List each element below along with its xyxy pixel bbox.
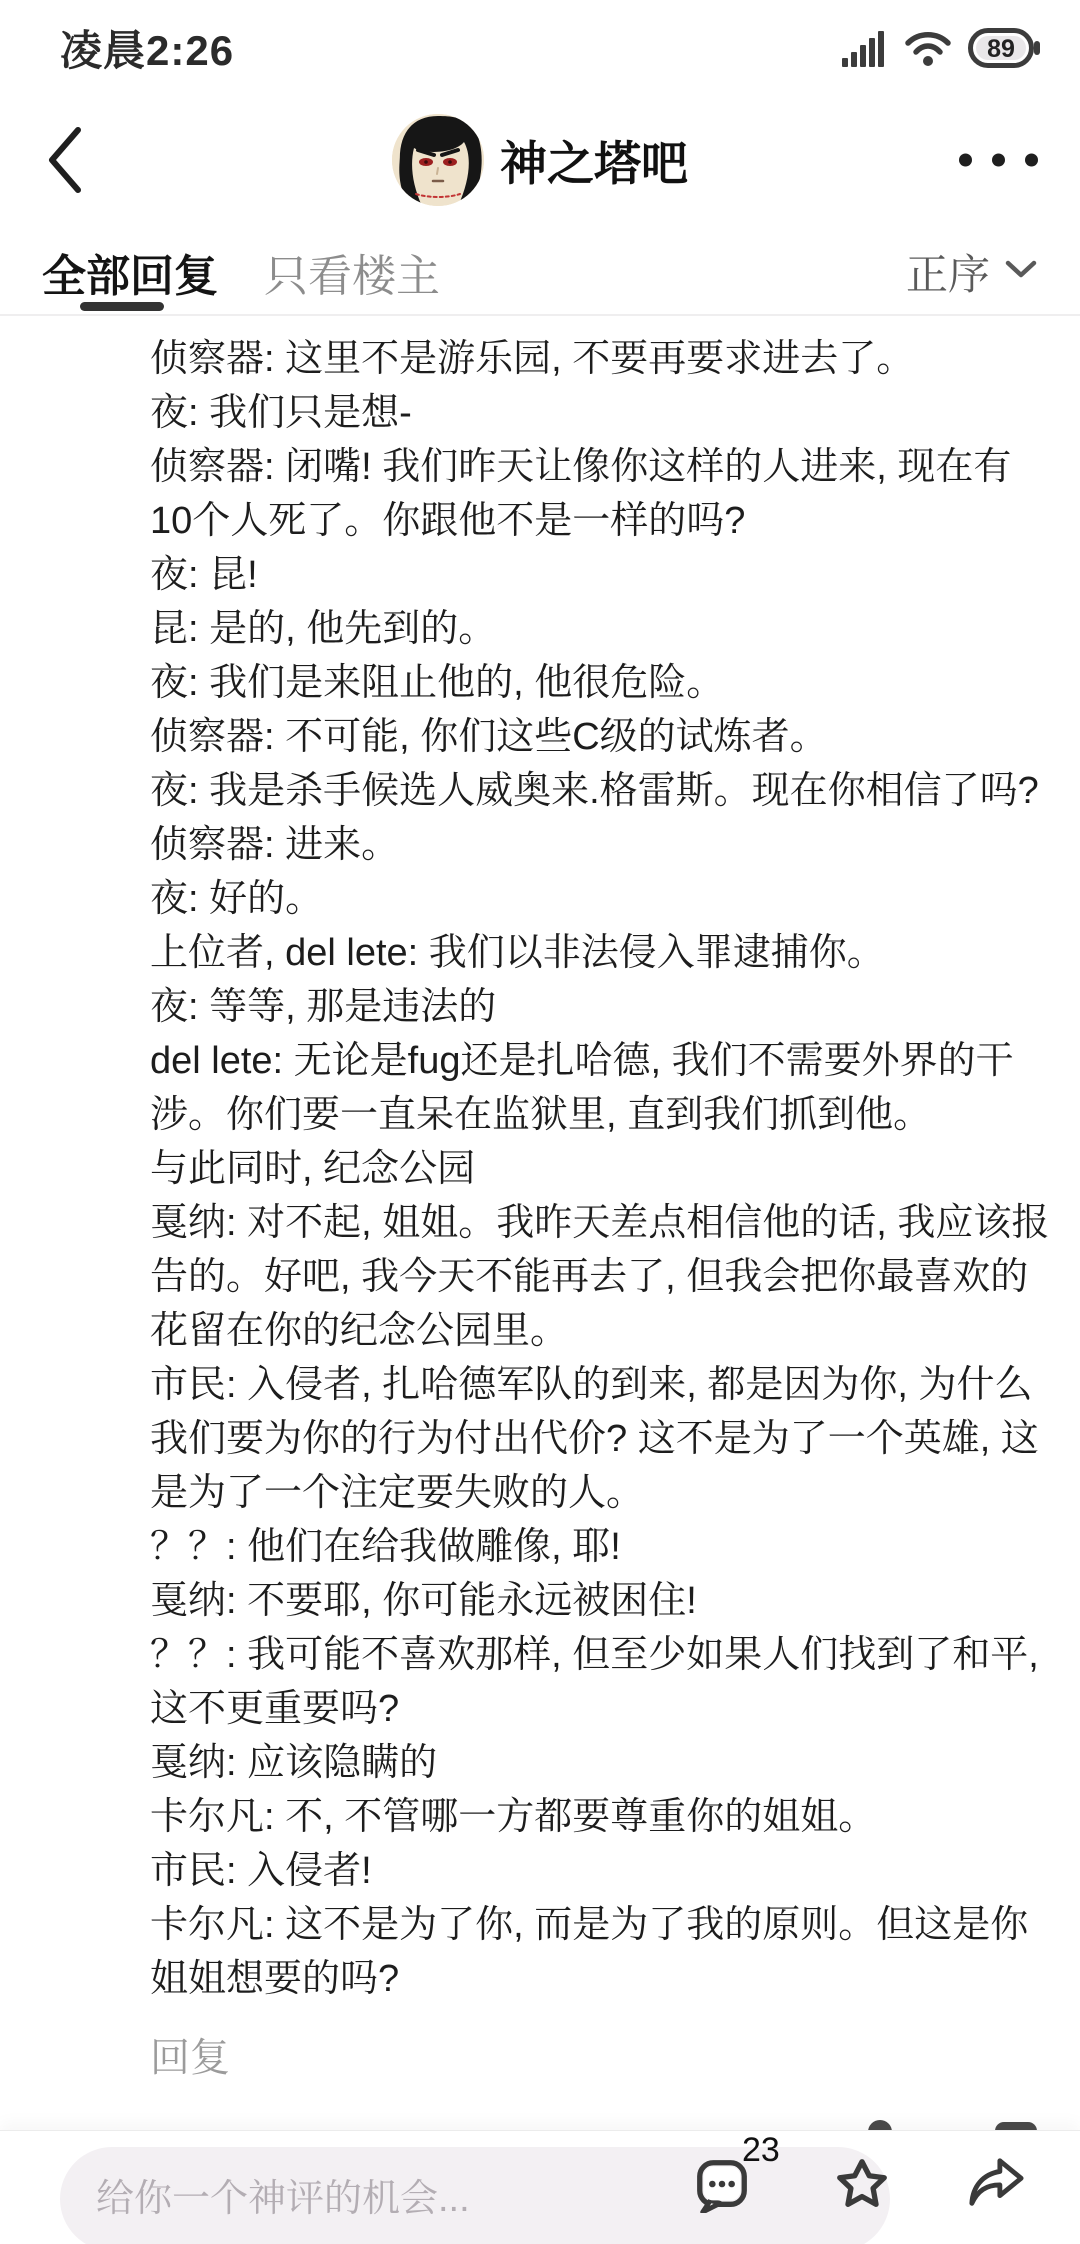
post-line: 夜: 我是杀手候选人威奥来.格雷斯。现在你相信了吗?: [150, 764, 1052, 818]
post-line: 夜: 我们是来阻止他的, 他很危险。: [150, 656, 1052, 710]
comment-count-badge: 23: [742, 2131, 780, 2170]
post-line: 卡尔凡: 这不是为了你, 而是为了我的原则。但这是你姐姐想要的吗?: [150, 1898, 1052, 2006]
active-tab-underline: [80, 302, 164, 311]
post-line: 夜: 昆!: [150, 548, 1052, 602]
sort-order-button[interactable]: 正序: [906, 242, 1038, 302]
wifi-icon: [904, 28, 952, 68]
post-line: 与此同时, 纪念公园: [150, 1142, 1052, 1196]
bottom-bar: 23: [0, 2130, 1080, 2244]
post-line: 夜: 等等, 那是违法的: [150, 980, 1052, 1034]
post-line: 侦察器: 闭嘴! 我们昨天让像你这样的人进来, 现在有10个人死了。你跟他不是一…: [150, 440, 1052, 548]
reply-tabs: 全部回复 只看楼主 正序: [0, 230, 1080, 316]
forum-avatar[interactable]: [392, 114, 484, 206]
post-line: 市民: 入侵者, 扎哈德军队的到来, 都是因为你, 为什么我们要为你的行为付出代…: [150, 1358, 1052, 1520]
post-line: 戛纳: 对不起, 姐姐。我昨天差点相信他的话, 我应该报告的。好吧, 我今天不能…: [150, 1196, 1052, 1358]
signal-strength-icon: [842, 28, 888, 68]
tab-all-replies[interactable]: 全部回复: [42, 240, 218, 304]
post-line: 上位者, del lete: 我们以非法侵入罪逮捕你。: [150, 926, 1052, 980]
post-line: 市民: 入侵者!: [150, 1844, 1052, 1898]
post-line: ？？: 我可能不喜欢那样, 但至少如果人们找到了和平, 这不更重要吗?: [150, 1628, 1052, 1736]
status-bar: 凌晨2:26: [0, 0, 1080, 90]
share-icon[interactable]: [967, 2155, 1025, 2213]
sort-order-label: 正序: [906, 242, 990, 302]
post-content: 侦察器: 这里不是游乐园, 不要再要求进去了。夜: 我们只是想-侦察器: 闭嘴!…: [0, 316, 1080, 2006]
post-line: 夜: 好的。: [150, 872, 1052, 926]
status-icons: 89: [842, 26, 1042, 70]
tab-op-only[interactable]: 只看楼主: [264, 240, 440, 304]
page-title: 神之塔吧: [500, 127, 688, 194]
chevron-down-icon: [1004, 258, 1038, 287]
forum-header[interactable]: 神之塔吧: [392, 114, 688, 206]
post-line: 夜: 我们只是想-: [150, 386, 1052, 440]
post-line: ？？: 他们在给我做雕像, 耶!: [150, 1520, 1052, 1574]
battery-icon: 89: [968, 26, 1042, 70]
battery-percent: 89: [987, 35, 1015, 63]
post-line: 卡尔凡: 不, 不管哪一方都要尊重你的姐姐。: [150, 1790, 1052, 1844]
clock-time: 凌晨2:26: [60, 18, 234, 78]
more-options-icon[interactable]: [959, 144, 1038, 177]
reply-button[interactable]: 回复: [150, 2026, 230, 2083]
post-line: 侦察器: 进来。: [150, 818, 1052, 872]
post-line: 侦察器: 不可能, 你们这些C级的试炼者。: [150, 710, 1052, 764]
post-line: 戛纳: 应该隐瞒的: [150, 1736, 1052, 1790]
nav-header: 神之塔吧: [0, 90, 1080, 230]
favorite-star-icon[interactable]: [833, 2155, 891, 2213]
post-line: 侦察器: 这里不是游乐园, 不要再要求进去了。: [150, 332, 1052, 386]
post-line: del lete: 无论是fug还是扎哈德, 我们不需要外界的干涉。你们要一直呆…: [150, 1034, 1052, 1142]
post-line: 戛纳: 不要耶, 你可能永远被困住!: [150, 1574, 1052, 1628]
back-button[interactable]: [44, 120, 104, 200]
post-line: 昆: 是的, 他先到的。: [150, 602, 1052, 656]
